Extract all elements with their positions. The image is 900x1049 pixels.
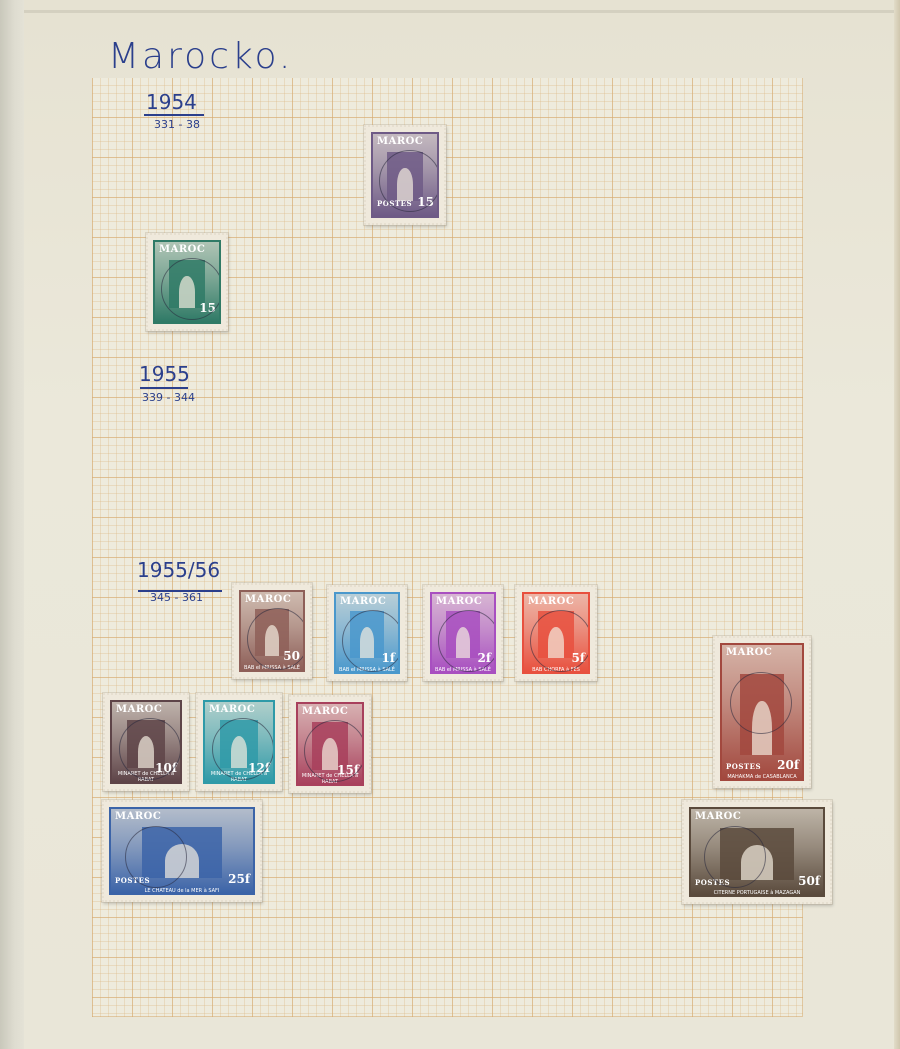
- stamp[interactable]: MAROC10fMINARET de CHELLA à RABAT: [103, 693, 189, 791]
- postmark: [730, 672, 792, 734]
- section-range-1954: 331 - 38: [154, 118, 200, 131]
- section-year-1955-56: 1955/56: [137, 558, 220, 582]
- postmark: [119, 718, 181, 780]
- stamp[interactable]: MAROC1fBAB el MRISSA à SALÉ: [327, 585, 407, 681]
- postmark: [530, 610, 590, 672]
- stamp-country-label: MAROC: [340, 596, 386, 607]
- postmark: [161, 258, 221, 320]
- postmark: [212, 718, 274, 780]
- stamp-country-label: MAROC: [209, 704, 255, 715]
- stamp-country-label: MAROC: [159, 244, 205, 255]
- section-year-1954: 1954: [146, 90, 197, 114]
- album-page-edge: [0, 0, 24, 1049]
- postmark: [247, 608, 305, 670]
- stamp-country-label: MAROC: [377, 136, 423, 147]
- stamp-face: MAROC15fMINARET de CHELLA à RABAT: [296, 702, 364, 786]
- stamp-country-label: MAROC: [528, 596, 574, 607]
- stamp-postes-label: POSTES: [726, 762, 761, 771]
- stamp-value: 25f: [228, 872, 250, 886]
- stamp[interactable]: MAROC15POSTES: [364, 125, 446, 225]
- stamp[interactable]: MAROC12fMINARET de CHELLA à RABAT: [196, 693, 282, 791]
- stamp[interactable]: MAROC50fPOSTESCITERNE PORTUGAISE à MAZAG…: [682, 800, 832, 904]
- stamp-face: MAROC12fMINARET de CHELLA à RABAT: [203, 700, 275, 784]
- postmark: [704, 826, 766, 888]
- stamp-country-label: MAROC: [116, 704, 162, 715]
- stamp-face: MAROC25fPOSTESLE CHATEAU de la MER à SAF…: [109, 807, 255, 895]
- postmark: [379, 150, 439, 212]
- stamp-face: MAROC1fBAB el MRISSA à SALÉ: [334, 592, 400, 674]
- section-year-1955: 1955: [139, 362, 190, 386]
- stamp-caption: MAHAKMA de CASABLANCA: [722, 774, 802, 780]
- section-range-1955: 339 - 344: [142, 391, 195, 404]
- postmark: [304, 720, 364, 782]
- stamp[interactable]: MAROC15: [146, 233, 228, 331]
- underline: [144, 114, 204, 116]
- stamp-value: 50f: [798, 874, 820, 888]
- stamp[interactable]: MAROC15fMINARET de CHELLA à RABAT: [289, 695, 371, 793]
- stamp-caption: LE CHATEAU de la MER à SAFI: [111, 888, 253, 894]
- stamp[interactable]: MAROC25fPOSTESLE CHATEAU de la MER à SAF…: [102, 800, 262, 902]
- underline: [140, 387, 188, 389]
- stamp[interactable]: MAROC2fBAB el MRISSA à SALÉ: [423, 585, 503, 681]
- stamp-country-label: MAROC: [245, 594, 291, 605]
- page-top-edge: [24, 10, 900, 13]
- postmark: [125, 826, 187, 888]
- stamp-face: MAROC5fBAB CHORFA à FÈS: [522, 592, 590, 674]
- stamp-country-label: MAROC: [302, 706, 348, 717]
- stamp-face: MAROC50fPOSTESCITERNE PORTUGAISE à MAZAG…: [689, 807, 825, 897]
- stamp[interactable]: MAROC50BAB el MRISSA à SALÉ: [232, 583, 312, 679]
- stamp-country-label: MAROC: [695, 811, 741, 822]
- page-title: Marocko.: [108, 36, 293, 77]
- stamp[interactable]: MAROC20fPOSTESMAHAKMA de CASABLANCA: [713, 636, 811, 788]
- page-right-edge: [894, 0, 900, 1049]
- stamp-country-label: MAROC: [436, 596, 482, 607]
- postmark: [342, 610, 400, 672]
- stamp-face: MAROC2fBAB el MRISSA à SALÉ: [430, 592, 496, 674]
- section-range-1955-56: 345 - 361: [150, 591, 203, 604]
- stamp-face: MAROC15POSTES: [371, 132, 439, 218]
- stamp-face: MAROC20fPOSTESMAHAKMA de CASABLANCA: [720, 643, 804, 781]
- stamp-country-label: MAROC: [115, 811, 161, 822]
- stamp[interactable]: MAROC5fBAB CHORFA à FÈS: [515, 585, 597, 681]
- stamp-face: MAROC50BAB el MRISSA à SALÉ: [239, 590, 305, 672]
- stamp-value: 20f: [777, 758, 799, 772]
- postmark: [438, 610, 496, 672]
- stamp-country-label: MAROC: [726, 647, 772, 658]
- stamp-face: MAROC10fMINARET de CHELLA à RABAT: [110, 700, 182, 784]
- stamp-face: MAROC15: [153, 240, 221, 324]
- stamp-caption: CITERNE PORTUGAISE à MAZAGAN: [691, 890, 823, 896]
